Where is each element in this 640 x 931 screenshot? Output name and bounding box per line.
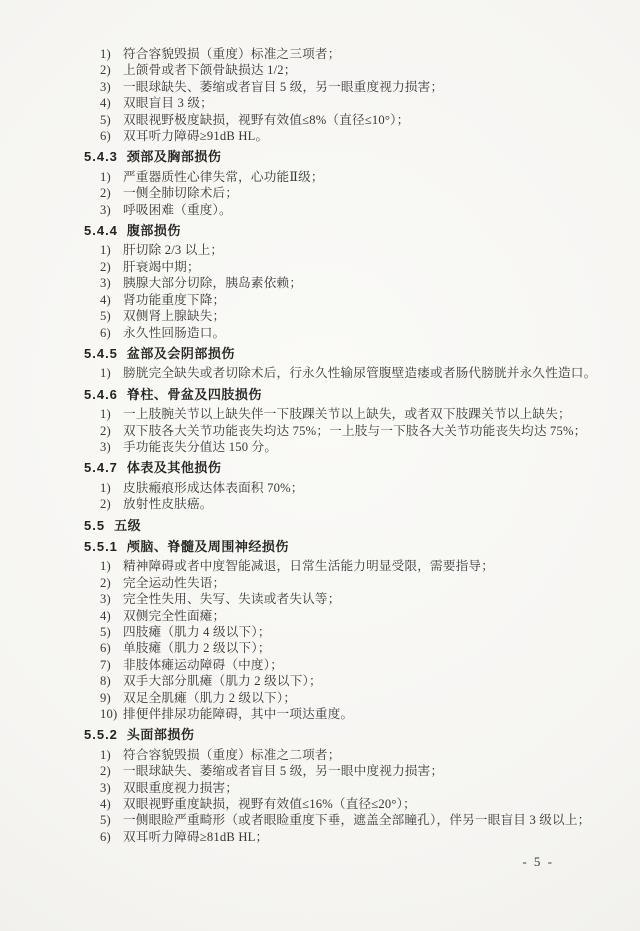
list-item: 7)非肢体瘫运动障碍（中度）；: [0, 657, 612, 673]
item-text: 上颌骨或者下颌骨缺损达 1/2；: [123, 63, 297, 77]
item-text: 符合容貌毁损（重度）标准之三项者；: [123, 47, 341, 61]
section-title: 颈部及胸部损伤: [127, 149, 222, 164]
section-number: 5.4.5: [84, 346, 118, 362]
item-number: 5): [100, 112, 123, 128]
item-number: 4): [100, 292, 123, 308]
list-item: 1)精神障碍或者中度智能减退，日常生活能力明显受限，需要指导；: [0, 558, 612, 574]
item-number: 2): [100, 62, 123, 78]
item-text: 双眼盲目 3 级；: [123, 96, 213, 110]
list-item: 1)严重器质性心律失常，心功能Ⅱ级；: [0, 169, 612, 185]
item-number: 2): [100, 185, 123, 201]
item-number: 5): [100, 812, 123, 828]
list-item: 1)符合容貌毁损（重度）标准之三项者；: [0, 46, 612, 62]
list-item: 3)一眼球缺失、萎缩或者盲目 5 级，另一眼重度视力损害；: [0, 79, 612, 95]
section-title: 腹部损伤: [127, 223, 181, 238]
item-number: 7): [100, 657, 123, 673]
item-number: 10): [100, 706, 123, 722]
item-number: 1): [100, 242, 123, 258]
item-number: 1): [100, 558, 123, 574]
scanned-document-page: 1)符合容貌毁损（重度）标准之三项者； 2)上颌骨或者下颌骨缺损达 1/2； 3…: [0, 0, 640, 931]
list-item: 4)双眼盲目 3 级；: [0, 95, 612, 111]
list-item: 5)一侧眼睑严重畸形（或者眼睑重度下垂，遮盖全部瞳孔），伴另一眼盲目 3 级以上…: [0, 812, 612, 828]
item-text: 精神障碍或者中度智能减退，日常生活能力明显受限，需要指导；: [123, 559, 494, 573]
item-text: 完全性失用、失写、失读或者失认等；: [123, 592, 341, 606]
item-number: 3): [100, 591, 123, 607]
item-number: 8): [100, 673, 123, 689]
list-item: 5)双侧肾上腺缺失；: [0, 308, 612, 324]
list-item: 3)双眼重度视力损害；: [0, 780, 612, 796]
item-text: 严重器质性心律失常，心功能Ⅱ级；: [123, 170, 324, 184]
list-item: 9)双足全肌瘫（肌力 2 级以下）；: [0, 690, 612, 706]
list-item: 2)上颌骨或者下颌骨缺损达 1/2；: [0, 62, 612, 78]
item-number: 6): [100, 829, 123, 845]
list-item: 2)一眼球缺失、萎缩或者盲目 5 级，另一眼中度视力损害；: [0, 763, 612, 779]
item-number: 2): [100, 575, 123, 591]
item-number: 6): [100, 640, 123, 656]
item-number: 1): [100, 365, 123, 381]
item-text: 符合容貌毁损（重度）标准之二项者；: [123, 748, 341, 762]
item-text: 肾功能重度下降；: [123, 293, 225, 307]
list-item: 2)放射性皮肤癌。: [0, 496, 612, 512]
item-text: 胰腺大部分切除，胰岛素依赖；: [123, 276, 302, 290]
list-item: 3)胰腺大部分切除，胰岛素依赖；: [0, 275, 612, 291]
item-text: 一侧全肺切除术后；: [123, 186, 238, 200]
section-heading: 5.4.4腹部损伤: [0, 223, 612, 239]
item-text: 双下肢各大关节功能丧失均达 75%；一上肢与一下肢各大关节功能丧失均达 75%；: [123, 424, 586, 438]
list-item: 6)双耳听力障碍≥81dB HL；: [0, 829, 612, 845]
item-number: 2): [100, 423, 123, 439]
item-text: 单肢瘫（肌力 2 级以下）；: [123, 641, 271, 655]
section-number: 5.4.6: [84, 387, 118, 403]
section-title: 脊柱、骨盆及四肢损伤: [127, 387, 262, 402]
item-text: 双足全肌瘫（肌力 2 级以下）；: [123, 691, 296, 705]
section-heading: 5.5.2头面部损伤: [0, 727, 612, 743]
list-item: 5)双眼视野极度缺损，视野有效值≤8%（直径≤10°）；: [0, 112, 612, 128]
item-text: 非肢体瘫运动障碍（中度）；: [123, 658, 283, 672]
section-number: 5.4.3: [84, 149, 118, 165]
item-text: 双侧肾上腺缺失；: [123, 309, 225, 323]
section-number: 5.5.1: [84, 539, 118, 555]
section-heading: 5.4.3颈部及胸部损伤: [0, 149, 612, 165]
list-item: 2)完全运动性失语；: [0, 575, 612, 591]
item-number: 4): [100, 608, 123, 624]
item-text: 双手大部分肌瘫（肌力 2 级以下）；: [123, 674, 322, 688]
section-number: 5.5: [84, 518, 105, 534]
list-item: 1)符合容貌毁损（重度）标准之二项者；: [0, 747, 612, 763]
item-text: 排便伴排尿功能障碍，其中一项达重度。: [123, 707, 353, 721]
item-text: 双眼视野极度缺损，视野有效值≤8%（直径≤10°）；: [123, 113, 409, 127]
item-text: 皮肤瘢痕形成达体表面积 70%；: [123, 481, 304, 495]
list-item: 2)双下肢各大关节功能丧失均达 75%；一上肢与一下肢各大关节功能丧失均达 75…: [0, 423, 612, 439]
section-heading: 5.5五级: [0, 518, 612, 534]
list-item: 1)一上肢腕关节以上缺失伴一下肢踝关节以上缺失，或者双下肢踝关节以上缺失；: [0, 406, 612, 422]
item-number: 9): [100, 690, 123, 706]
item-text: 肝衰竭中期；: [123, 260, 200, 274]
item-number: 1): [100, 169, 123, 185]
item-number: 5): [100, 308, 123, 324]
list-item: 3)完全性失用、失写、失读或者失认等；: [0, 591, 612, 607]
page-number: - 5 -: [0, 854, 640, 870]
item-text: 双眼重度视力损害；: [123, 781, 238, 795]
list-item: 1)肝切除 2/3 以上；: [0, 242, 612, 258]
list-item: 2)一侧全肺切除术后；: [0, 185, 612, 201]
section-title: 头面部损伤: [127, 727, 195, 742]
section-title: 颅脑、脊髓及周围神经损伤: [127, 539, 289, 554]
item-number: 4): [100, 95, 123, 111]
list-item: 10)排便伴排尿功能障碍，其中一项达重度。: [0, 706, 612, 722]
item-number: 3): [100, 439, 123, 455]
list-item: 3)呼吸困难（重度）。: [0, 202, 612, 218]
document-body: 1)符合容貌毁损（重度）标准之三项者； 2)上颌骨或者下颌骨缺损达 1/2； 3…: [0, 0, 640, 845]
list-item: 4)肾功能重度下降；: [0, 292, 612, 308]
item-text: 一侧眼睑严重畸形（或者眼睑重度下垂，遮盖全部瞳孔），伴另一眼盲目 3 级以上；: [123, 813, 590, 827]
list-item: 5)四肢瘫（肌力 4 级以下）；: [0, 624, 612, 640]
item-text: 膀胱完全缺失或者切除术后，行永久性输尿管腹壁造瘘或者肠代膀胱并永久性造口。: [123, 366, 596, 380]
section-heading: 5.5.1颅脑、脊髓及周围神经损伤: [0, 539, 612, 555]
item-number: 1): [100, 480, 123, 496]
list-item: 8)双手大部分肌瘫（肌力 2 级以下）；: [0, 673, 612, 689]
item-number: 3): [100, 202, 123, 218]
item-text: 放射性皮肤癌。: [123, 497, 213, 511]
item-text: 一眼球缺失、萎缩或者盲目 5 级，另一眼中度视力损害；: [123, 764, 443, 778]
item-number: 1): [100, 406, 123, 422]
item-text: 手功能丧失分值达 150 分。: [123, 440, 277, 454]
item-text: 完全运动性失语；: [123, 576, 225, 590]
item-number: 2): [100, 763, 123, 779]
list-item: 4)双侧完全性面瘫；: [0, 608, 612, 624]
item-number: 3): [100, 79, 123, 95]
item-text: 四肢瘫（肌力 4 级以下）；: [123, 625, 271, 639]
item-text: 呼吸困难（重度）。: [123, 203, 232, 217]
item-text: 一眼球缺失、萎缩或者盲目 5 级，另一眼重度视力损害；: [123, 80, 443, 94]
item-text: 肝切除 2/3 以上；: [123, 243, 223, 257]
item-number: 2): [100, 496, 123, 512]
list-item: 6)双耳听力障碍≥91dB HL。: [0, 128, 612, 144]
item-text: 双耳听力障碍≥91dB HL。: [123, 129, 268, 143]
item-number: 6): [100, 128, 123, 144]
item-text: 永久性回肠造口。: [123, 326, 225, 340]
section-number: 5.5.2: [84, 727, 118, 743]
list-item: 6)单肢瘫（肌力 2 级以下）；: [0, 640, 612, 656]
list-item: 1)皮肤瘢痕形成达体表面积 70%；: [0, 480, 612, 496]
item-text: 一上肢腕关节以上缺失伴一下肢踝关节以上缺失，或者双下肢踝关节以上缺失；: [123, 407, 571, 421]
item-number: 4): [100, 796, 123, 812]
list-item: 4)双眼视野重度缺损，视野有效值≤16%（直径≤20°）；: [0, 796, 612, 812]
item-text: 双耳听力障碍≥81dB HL；: [123, 830, 268, 844]
item-text: 双眼视野重度缺损，视野有效值≤16%（直径≤20°）；: [123, 797, 416, 811]
section-title: 体表及其他损伤: [127, 460, 222, 475]
item-number: 6): [100, 325, 123, 341]
list-item: 3)手功能丧失分值达 150 分。: [0, 439, 612, 455]
item-number: 2): [100, 259, 123, 275]
section-heading: 5.4.7体表及其他损伤: [0, 460, 612, 476]
item-number: 1): [100, 46, 123, 62]
item-text: 双侧完全性面瘫；: [123, 609, 225, 623]
section-number: 5.4.7: [84, 460, 118, 476]
list-item: 2)肝衰竭中期；: [0, 259, 612, 275]
item-number: 3): [100, 780, 123, 796]
item-number: 5): [100, 624, 123, 640]
item-number: 1): [100, 747, 123, 763]
section-title: 五级: [114, 518, 141, 533]
item-number: 3): [100, 275, 123, 291]
section-heading: 5.4.5盆部及会阴部损伤: [0, 346, 612, 362]
section-heading: 5.4.6脊柱、骨盆及四肢损伤: [0, 387, 612, 403]
list-item: 6)永久性回肠造口。: [0, 325, 612, 341]
list-item: 1)膀胱完全缺失或者切除术后，行永久性输尿管腹壁造瘘或者肠代膀胱并永久性造口。: [0, 365, 612, 381]
section-title: 盆部及会阴部损伤: [127, 346, 235, 361]
section-number: 5.4.4: [84, 223, 118, 239]
